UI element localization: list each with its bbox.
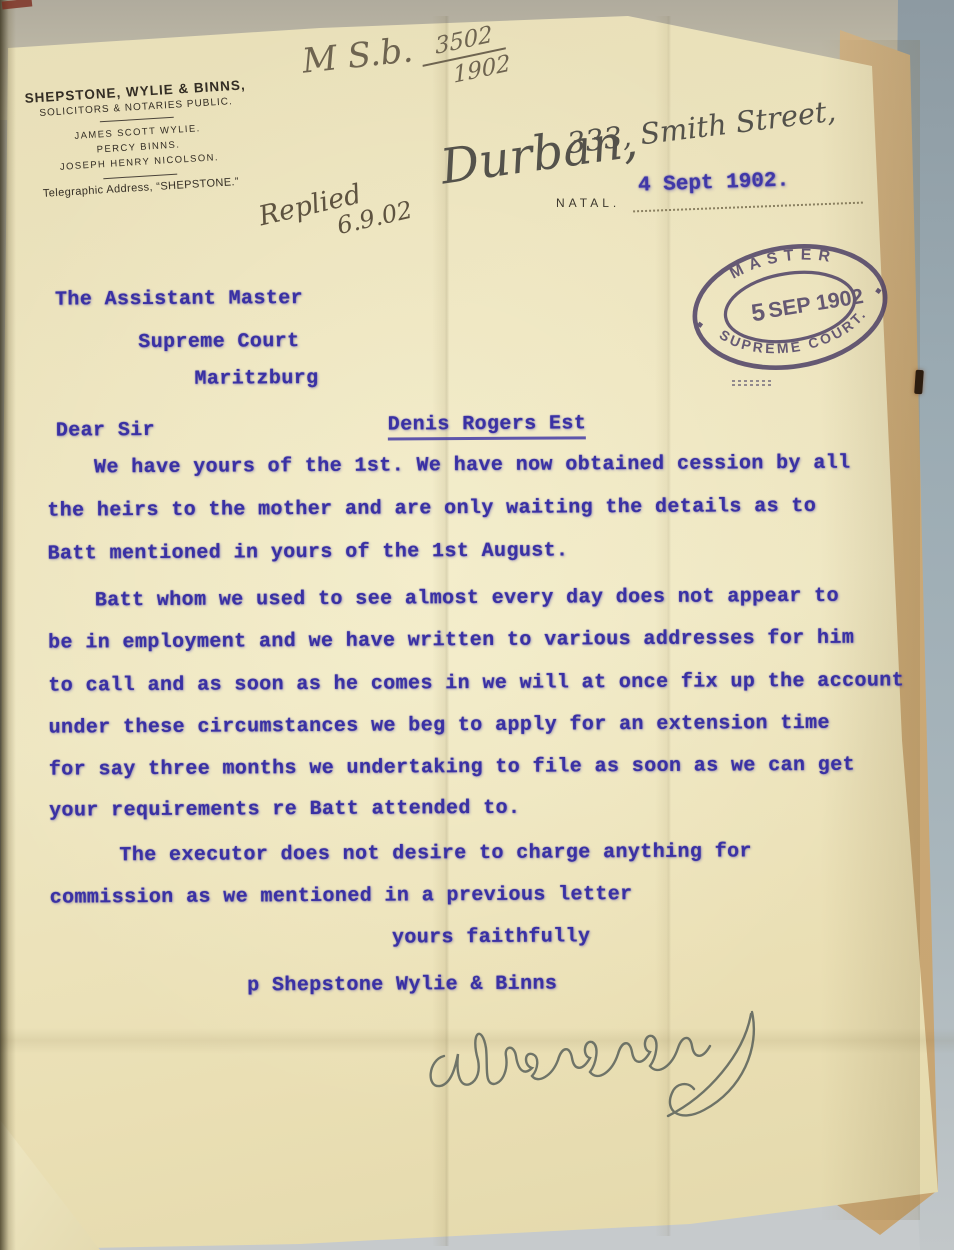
- body-line: Batt mentioned in yours of the 1st Augus…: [47, 539, 568, 565]
- subject-line: Denis Rogers Est: [388, 412, 587, 440]
- body-line: to call and as soon as he comes in we wi…: [48, 669, 904, 697]
- body-line: for say three months we undertaking to f…: [49, 754, 855, 782]
- body-line: be in employment and we have written to …: [48, 627, 854, 655]
- valediction: yours faithfully: [392, 925, 591, 949]
- body-line: commission as we mentioned in a previous…: [50, 883, 633, 910]
- letter-photograph: SHEPSTONE, WYLIE & BINNS, SOLICITORS & N…: [0, 0, 954, 1250]
- body-line: under these circumstances we beg to appl…: [49, 712, 830, 740]
- recipient-line: Maritzburg: [194, 367, 318, 391]
- recipient-line: The Assistant Master: [55, 287, 303, 312]
- body-line: Batt whom we used to see almost every da…: [95, 585, 839, 613]
- body-line: your requirements re Batt attended to.: [49, 797, 520, 823]
- handwritten-signature: [416, 996, 786, 1141]
- body-line: We have yours of the 1st. We have now ob…: [94, 452, 851, 480]
- per-pro-line: p Shepstone Wylie & Binns: [247, 973, 557, 998]
- salutation: Dear Sir: [56, 419, 155, 443]
- body-line: The executor does not desire to charge a…: [119, 840, 752, 867]
- body-line: the heirs to the mother and are only wai…: [47, 495, 816, 523]
- recipient-line: Supreme Court: [138, 330, 299, 354]
